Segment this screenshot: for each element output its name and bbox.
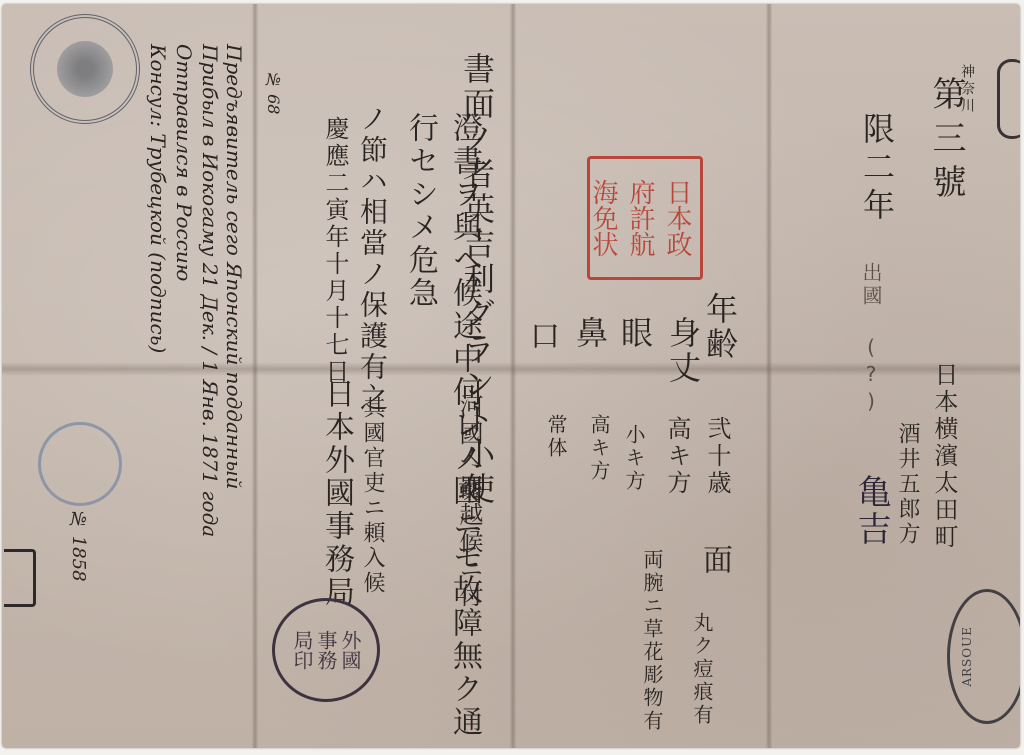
face-note: 丸ク痘痕有 xyxy=(688,612,717,727)
russian-line-1: Предъявитель сего Японский подданный xyxy=(222,44,246,489)
main-text-column-3: ノ節ハ相當ノ保護有之 xyxy=(352,104,392,414)
label-nose: 鼻 xyxy=(567,316,613,351)
seal-text-col: 海免状 xyxy=(585,179,622,257)
passport-number: 第三號 xyxy=(922,76,971,208)
main-text-column-2: 澄書ヲ與ヘ候途中何レノ國ニモ故障無ク通行セシメ危急 xyxy=(398,112,486,748)
value-nose: 高キ方 xyxy=(585,414,614,483)
red-seal: 日本政 府許航 海免状 xyxy=(587,156,703,280)
label-face: 面 xyxy=(692,544,736,577)
russian-number: № 1858 xyxy=(68,509,89,582)
fold-line xyxy=(252,4,258,748)
value-age: 弐十歳 xyxy=(700,416,735,497)
oval-stamp: ARSOUE xyxy=(947,589,1020,724)
seal-text: 局印 xyxy=(290,630,314,670)
fold-line xyxy=(510,4,516,748)
seal-text: 外國 xyxy=(338,630,362,670)
passport-document: 神奈川 第三號 限二年 出國 (?) 日本横濱太田町 酒井五郎方 亀吉 ARSO… xyxy=(2,4,1020,748)
value-height: 高キ方 xyxy=(660,416,695,497)
russian-line-4: Консул: Трубецкой (подпись) xyxy=(146,44,170,353)
russian-consulate-seal xyxy=(30,14,140,124)
issue-date: 慶應二寅年十月十七日 xyxy=(318,116,353,386)
seal-text: 事務 xyxy=(314,630,338,670)
number-mark: № 68 xyxy=(264,70,283,114)
seal-text-col: 府許航 xyxy=(622,179,659,257)
holder-name: 亀吉 xyxy=(847,474,896,548)
label-height: 身丈 xyxy=(660,316,706,386)
label-eyes: 眼 xyxy=(612,316,658,351)
round-seal: 外國 事務 局印 xyxy=(272,598,380,702)
body-marks: 両腕ニ草花彫物有 xyxy=(638,549,667,733)
russian-line-3: Отправился в Россию xyxy=(172,44,196,281)
seal-text-col: 日本政 xyxy=(659,179,696,257)
holder-address: 日本横濱太田町 xyxy=(927,362,962,551)
value-eyes: 小キ方 xyxy=(620,424,649,493)
main-text-column-4: 其國官吏ニ頼入候 xyxy=(357,396,388,596)
edge-box-stamp xyxy=(4,549,36,607)
label-mouth: 口 xyxy=(519,320,563,353)
validity-period: 限二年 xyxy=(854,112,900,226)
russian-line-2: Прибыл в Иокогаму 21 Дек. / 1 Янв. 1871 … xyxy=(198,44,222,537)
holder-relation: 酒井五郎方 xyxy=(892,422,923,547)
fold-line xyxy=(766,4,772,748)
issuer-name: 日本外國事務局 xyxy=(314,378,358,609)
eagle-emblem-icon xyxy=(57,41,113,97)
destination-text: 出國 (?) xyxy=(857,262,886,416)
edge-stamp xyxy=(997,59,1020,139)
blue-round-stamp xyxy=(38,422,122,506)
value-mouth: 常体 xyxy=(542,414,571,460)
